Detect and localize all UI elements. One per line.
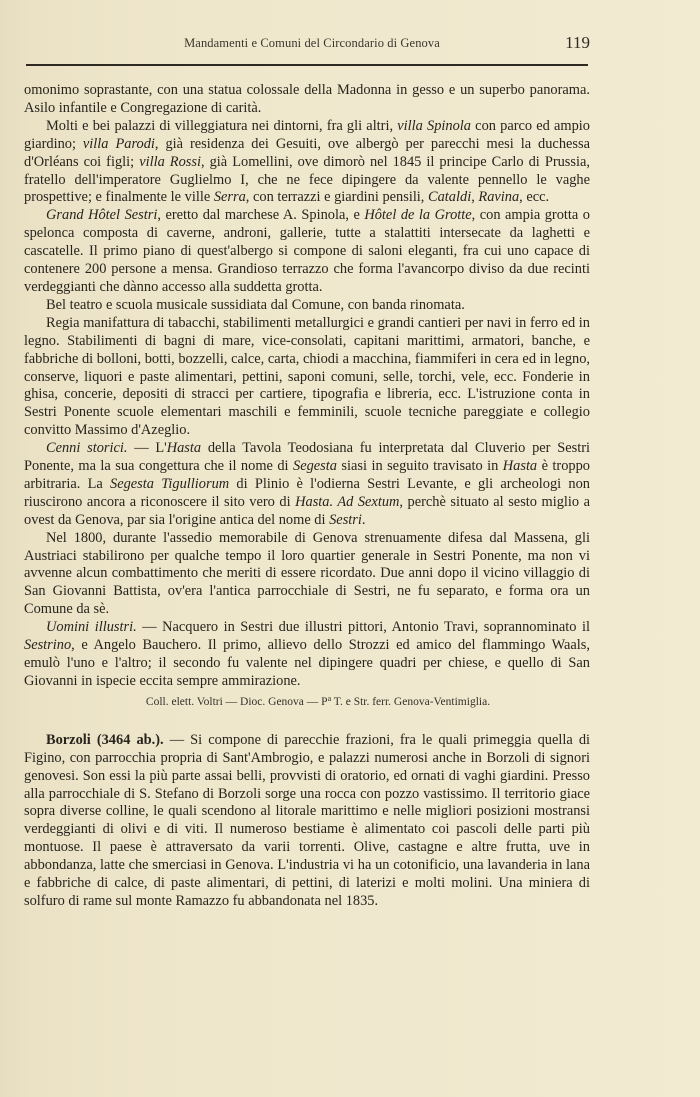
italic-term: villa Spinola <box>397 118 471 134</box>
running-head: Mandamenti e Comuni del Circondario di G… <box>24 36 590 56</box>
note-text-after: T. e Str. ferr. Genova-Ventimiglia. <box>331 696 490 708</box>
borzoli-entry: Borzoli (3464 ab.). — Si compone di pare… <box>24 732 590 911</box>
paragraph-p1: Molti e bei palazzi di villeggiatura nei… <box>24 118 590 208</box>
text-run: Regia manifattura di tabacchi, stabilime… <box>24 315 590 438</box>
italic-term: Serra <box>214 189 246 205</box>
italic-term: Uomini illustri. <box>46 619 137 635</box>
text-run: , e Angelo Bauchero. Il primo, allievo d… <box>24 637 590 689</box>
italic-term: Segesta <box>293 458 337 474</box>
text-run: — Nacquero in Sestri due illustri pittor… <box>137 619 590 635</box>
italic-term: Sestri <box>329 512 362 528</box>
italic-term: Hasta <box>167 440 201 456</box>
section-gap <box>24 710 590 732</box>
italic-term: Grand Hôtel Sestri <box>46 207 157 223</box>
page-number: 119 <box>565 33 590 53</box>
paragraph-p0: omonimo soprastante, con una statua colo… <box>24 82 590 118</box>
italic-term: Segesta Tigulliorum <box>110 476 229 492</box>
sestri-ponente-paragraphs: omonimo soprastante, con una statua colo… <box>24 82 590 691</box>
italic-term: Cataldi <box>428 189 471 205</box>
text-run: . <box>362 512 366 528</box>
italic-term: villa Parodi <box>83 136 155 152</box>
text-run: , eretto dal marchese A. Spinola, e <box>157 207 364 223</box>
paragraph-p3: Bel teatro e scuola musicale sussidiata … <box>24 297 590 315</box>
italic-term: villa Rossi <box>139 154 201 170</box>
text-run: , con terrazzi e giardini pensili, <box>246 189 428 205</box>
text-run: omonimo soprastante, con una statua colo… <box>24 82 590 116</box>
text-run: Molti e bei palazzi di villeggiatura nei… <box>46 118 397 134</box>
paragraph-p2: Grand Hôtel Sestri, eretto dal marchese … <box>24 207 590 297</box>
italic-term: Sestrino <box>24 637 71 653</box>
paragraph-p6: Nel 1800, durante l'assedio memorabile d… <box>24 530 590 620</box>
paragraph-p4: Regia manifattura di tabacchi, stabilime… <box>24 315 590 440</box>
paragraph-p7: Uomini illustri. — Nacquero in Sestri du… <box>24 619 590 691</box>
administrative-note: Coll. elett. Voltri — Dioc. Genova — Pa … <box>24 691 590 710</box>
text-run: — L' <box>127 440 166 456</box>
italic-term: Hasta <box>503 458 537 474</box>
paragraph-p5: Cenni storici. — L'Hasta della Tavola Te… <box>24 440 590 530</box>
body-text: omonimo soprastante, con una statua colo… <box>24 82 590 911</box>
text-run: , ecc. <box>519 189 549 205</box>
italic-term: Cenni storici. <box>46 440 127 456</box>
running-title: Mandamenti e Comuni del Circondario di G… <box>24 36 590 51</box>
note-text-before: Coll. elett. Voltri — Dioc. Genova — P <box>146 696 328 708</box>
italic-term: Ravina <box>478 189 519 205</box>
italic-term: Hôtel de la Grotte <box>364 207 471 223</box>
header-rule <box>26 64 588 66</box>
italic-term: Hasta. Ad Sextum <box>295 494 399 510</box>
text-run: Bel teatro e scuola musicale sussidiata … <box>46 297 465 313</box>
text-run: siasi in seguito travisato in <box>337 458 503 474</box>
borzoli-entry-text: — Si compone di parecchie frazioni, fra … <box>24 732 590 909</box>
text-run: Nel 1800, durante l'assedio memorabile d… <box>24 530 590 618</box>
borzoli-entry-title: Borzoli (3464 ab.). <box>46 732 164 748</box>
